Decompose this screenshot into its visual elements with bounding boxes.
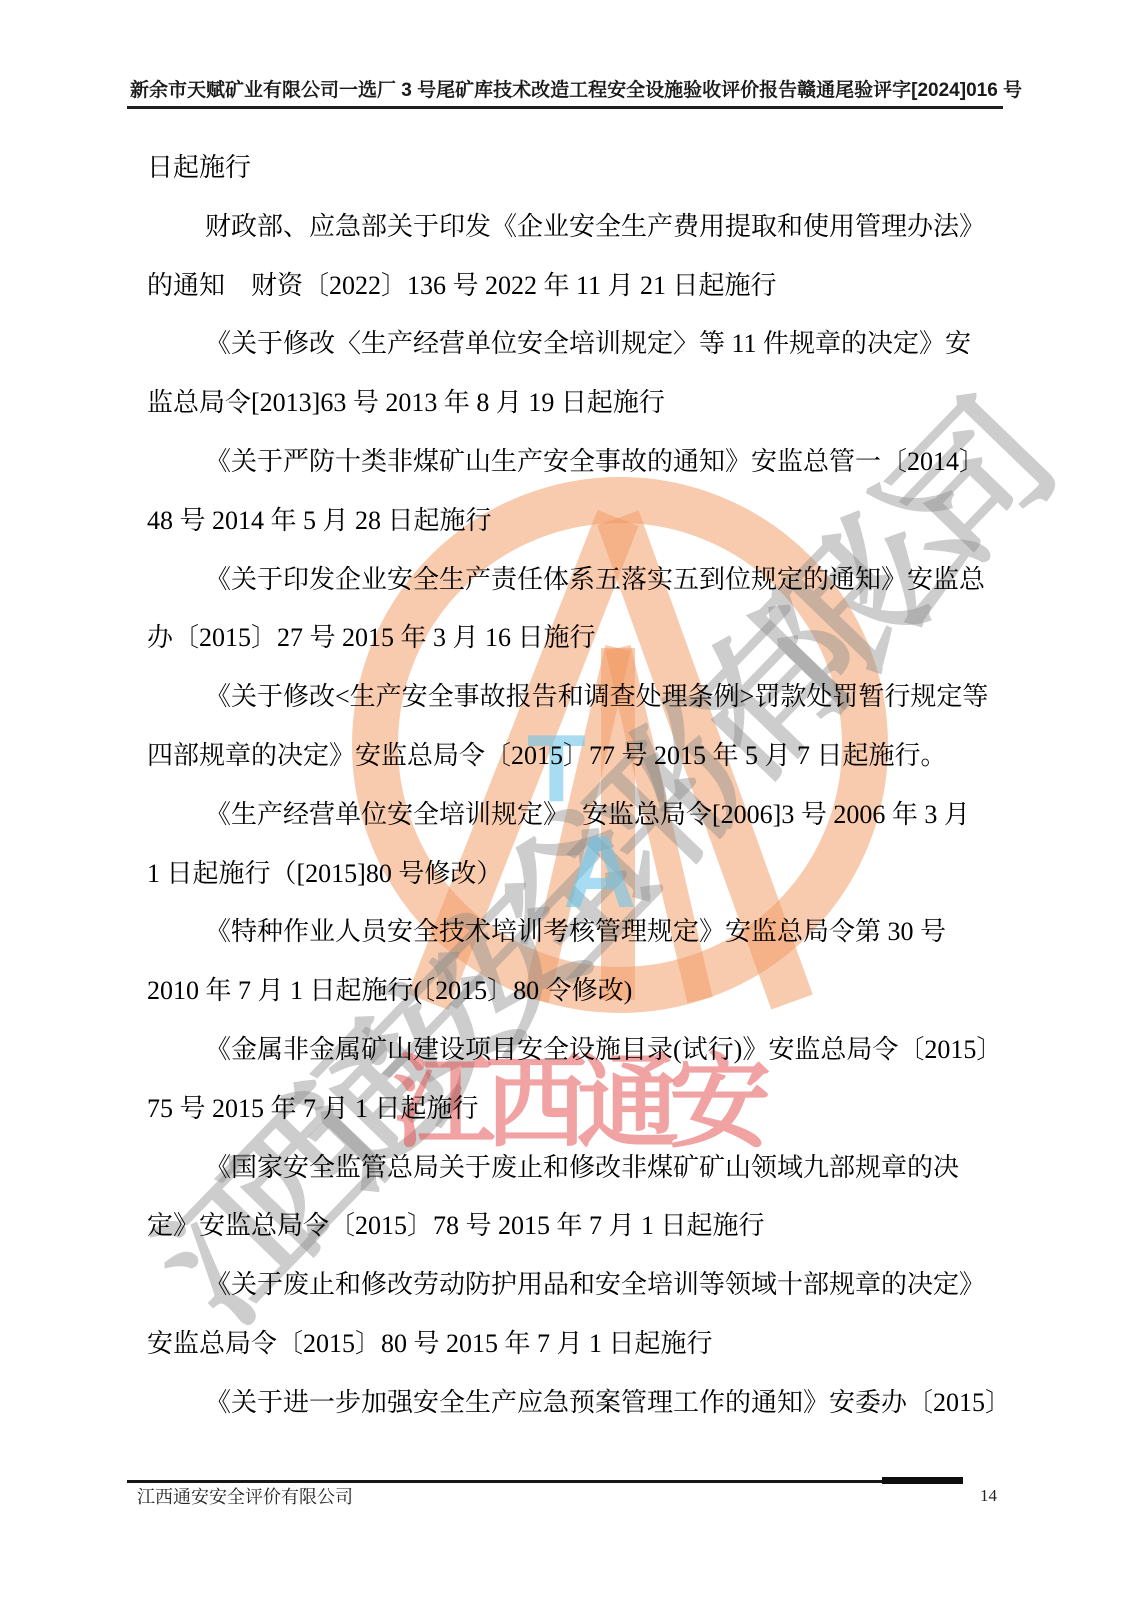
report-page: 江西通安安全评价有限公司 T A 江西通安 新余市天赋矿业有限公司一选厂 3 号…	[0, 0, 1131, 1600]
body-line: 定》安监总局令〔2015〕78 号 2015 年 7 月 1 日起施行	[147, 1197, 1007, 1256]
body-line: 《关于印发企业安全生产责任体系五落实五到位规定的通知》安监总	[147, 551, 1007, 610]
footer-rule-thick-segment	[882, 1477, 963, 1484]
body-line: 办〔2015〕27 号 2015 年 3 月 16 日施行	[147, 609, 1007, 668]
header-rule	[127, 106, 1003, 109]
body-line: 《金属非金属矿山建设项目安全设施目录(试行)》安监总局令〔2015〕	[147, 1021, 1007, 1080]
body-line: 《国家安全监管总局关于废止和修改非煤矿矿山领域九部规章的决	[147, 1139, 1007, 1198]
body-line: 财政部、应急部关于印发《企业安全生产费用提取和使用管理办法》	[147, 198, 1007, 257]
body-line: 四部规章的决定》安监总局令〔2015〕77 号 2015 年 5 月 7 日起施…	[147, 727, 1007, 786]
header-report-title: 新余市天赋矿业有限公司一选厂 3 号尾矿库技术改造工程安全设施验收评价报告	[130, 80, 797, 102]
body-line: 《关于严防十类非煤矿山生产安全事故的通知》安监总管一〔2014〕	[147, 433, 1007, 492]
body-line: 《关于修改<生产安全事故报告和调查处理条例>罚款处罚暂行规定等	[147, 668, 1007, 727]
header-doc-number: 赣通尾验评字[2024]016 号	[797, 80, 1022, 102]
body-line: 《特种作业人员安全技术培训考核管理规定》安监总局令第 30 号	[147, 903, 1007, 962]
body-line: 1 日起施行（[2015]80 号修改）	[147, 845, 1007, 904]
body-line: 安监总局令〔2015〕80 号 2015 年 7 月 1 日起施行	[147, 1315, 1007, 1374]
body-line: 日起施行	[147, 139, 1007, 198]
body-text: 日起施行财政部、应急部关于印发《企业安全生产费用提取和使用管理办法》的通知 财资…	[147, 139, 1007, 1433]
body-line: 2010 年 7 月 1 日起施行(〔2015〕80 令修改)	[147, 962, 1007, 1021]
footer-company: 江西通安安全评价有限公司	[137, 1486, 353, 1508]
body-line: 《关于修改〈生产经营单位安全培训规定〉等 11 件规章的决定》安	[147, 315, 1007, 374]
body-line: 《生产经营单位安全培训规定》 安监总局令[2006]3 号 2006 年 3 月	[147, 786, 1007, 845]
body-line: 48 号 2014 年 5 月 28 日起施行	[147, 492, 1007, 551]
body-line: 《关于废止和修改劳动防护用品和安全培训等领域十部规章的决定》	[147, 1256, 1007, 1315]
footer-rule	[127, 1480, 963, 1483]
body-line: 的通知 财资〔2022〕136 号 2022 年 11 月 21 日起施行	[147, 257, 1007, 316]
body-line: 《关于进一步加强安全生产应急预案管理工作的通知》安委办〔2015〕	[147, 1374, 1007, 1433]
page-number: 14	[980, 1486, 997, 1506]
body-line: 监总局令[2013]63 号 2013 年 8 月 19 日起施行	[147, 374, 1007, 433]
body-line: 75 号 2015 年 7 月 1 日起施行	[147, 1080, 1007, 1139]
page-header: 新余市天赋矿业有限公司一选厂 3 号尾矿库技术改造工程安全设施验收评价报告 赣通…	[130, 80, 1003, 102]
